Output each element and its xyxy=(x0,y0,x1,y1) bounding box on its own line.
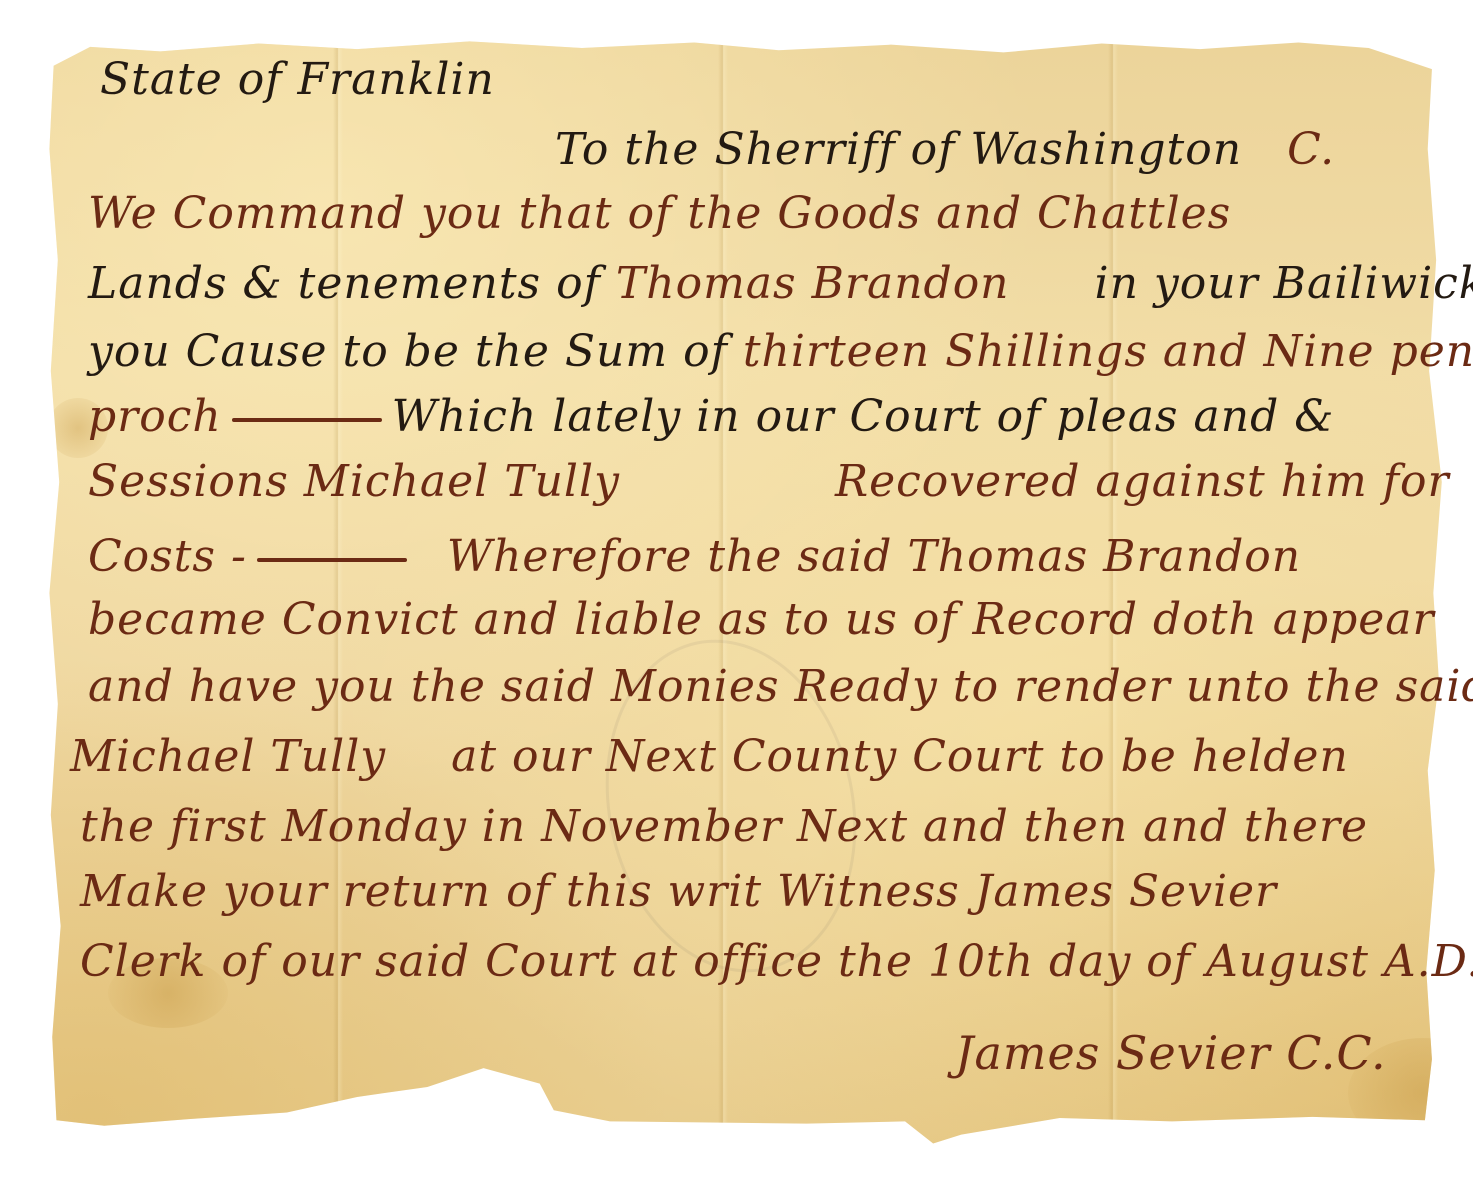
text-segment: at our Next County Court to be helden xyxy=(451,731,1349,782)
judgment-amount: thirteen Shillings and Nine pence xyxy=(743,326,1473,377)
plaintiff-name: Michael Tully xyxy=(70,731,386,782)
address-line: To the Sherriff of Washington C. xyxy=(555,128,1335,172)
text-segment: Wherefore the said Thomas Brandon xyxy=(447,531,1301,582)
document-heading: State of Franklin xyxy=(100,58,495,102)
text-line-7: became Convict and liable as to us of Re… xyxy=(88,598,1435,642)
defendant-name: Thomas Brandon xyxy=(616,258,1010,309)
text-line-9: Michael Tully at our Next County Court t… xyxy=(70,735,1349,779)
text-line-11: Make your return of this writ Witness Ja… xyxy=(80,870,1277,914)
plaintiff-name: Sessions Michael Tully xyxy=(88,456,620,507)
text-segment: Lands & tenements of xyxy=(88,258,616,309)
dash-rule xyxy=(232,418,382,422)
text-line-5: Sessions Michael Tully Recovered against… xyxy=(88,460,1450,504)
text-line-1: We Command you that of the Goods and Cha… xyxy=(88,192,1231,236)
text-line-6: Costs -Wherefore the said Thomas Brandon xyxy=(88,535,1301,579)
dash-rule xyxy=(257,558,407,562)
text-segment: you Cause to be the Sum of xyxy=(88,326,743,377)
text-segment: proch xyxy=(88,391,222,442)
clerk-signature: James Sevier C.C. xyxy=(955,1030,1387,1076)
text-line-10: the first Monday in November Next and th… xyxy=(80,805,1368,849)
text-line-3: you Cause to be the Sum of thirteen Shil… xyxy=(88,330,1473,374)
county-abbrev: C. xyxy=(1287,124,1335,175)
text-segment: Recovered against him for xyxy=(835,456,1450,507)
text-segment: Costs - xyxy=(88,531,247,582)
document-scan: State of Franklin To the Sherriff of Was… xyxy=(0,0,1473,1180)
text-line-4: prochWhich lately in our Court of pleas … xyxy=(88,395,1334,439)
text-line-12: Clerk of our said Court at office the 10… xyxy=(80,940,1473,984)
address-text: To the Sherriff of Washington xyxy=(555,124,1242,175)
text-line-2: Lands & tenements of Thomas Brandon in y… xyxy=(88,262,1473,306)
text-segment: Which lately in our Court of pleas and & xyxy=(392,391,1335,442)
text-segment: in your Bailiwick xyxy=(1095,258,1473,309)
text-line-8: and have you the said Monies Ready to re… xyxy=(88,665,1473,709)
